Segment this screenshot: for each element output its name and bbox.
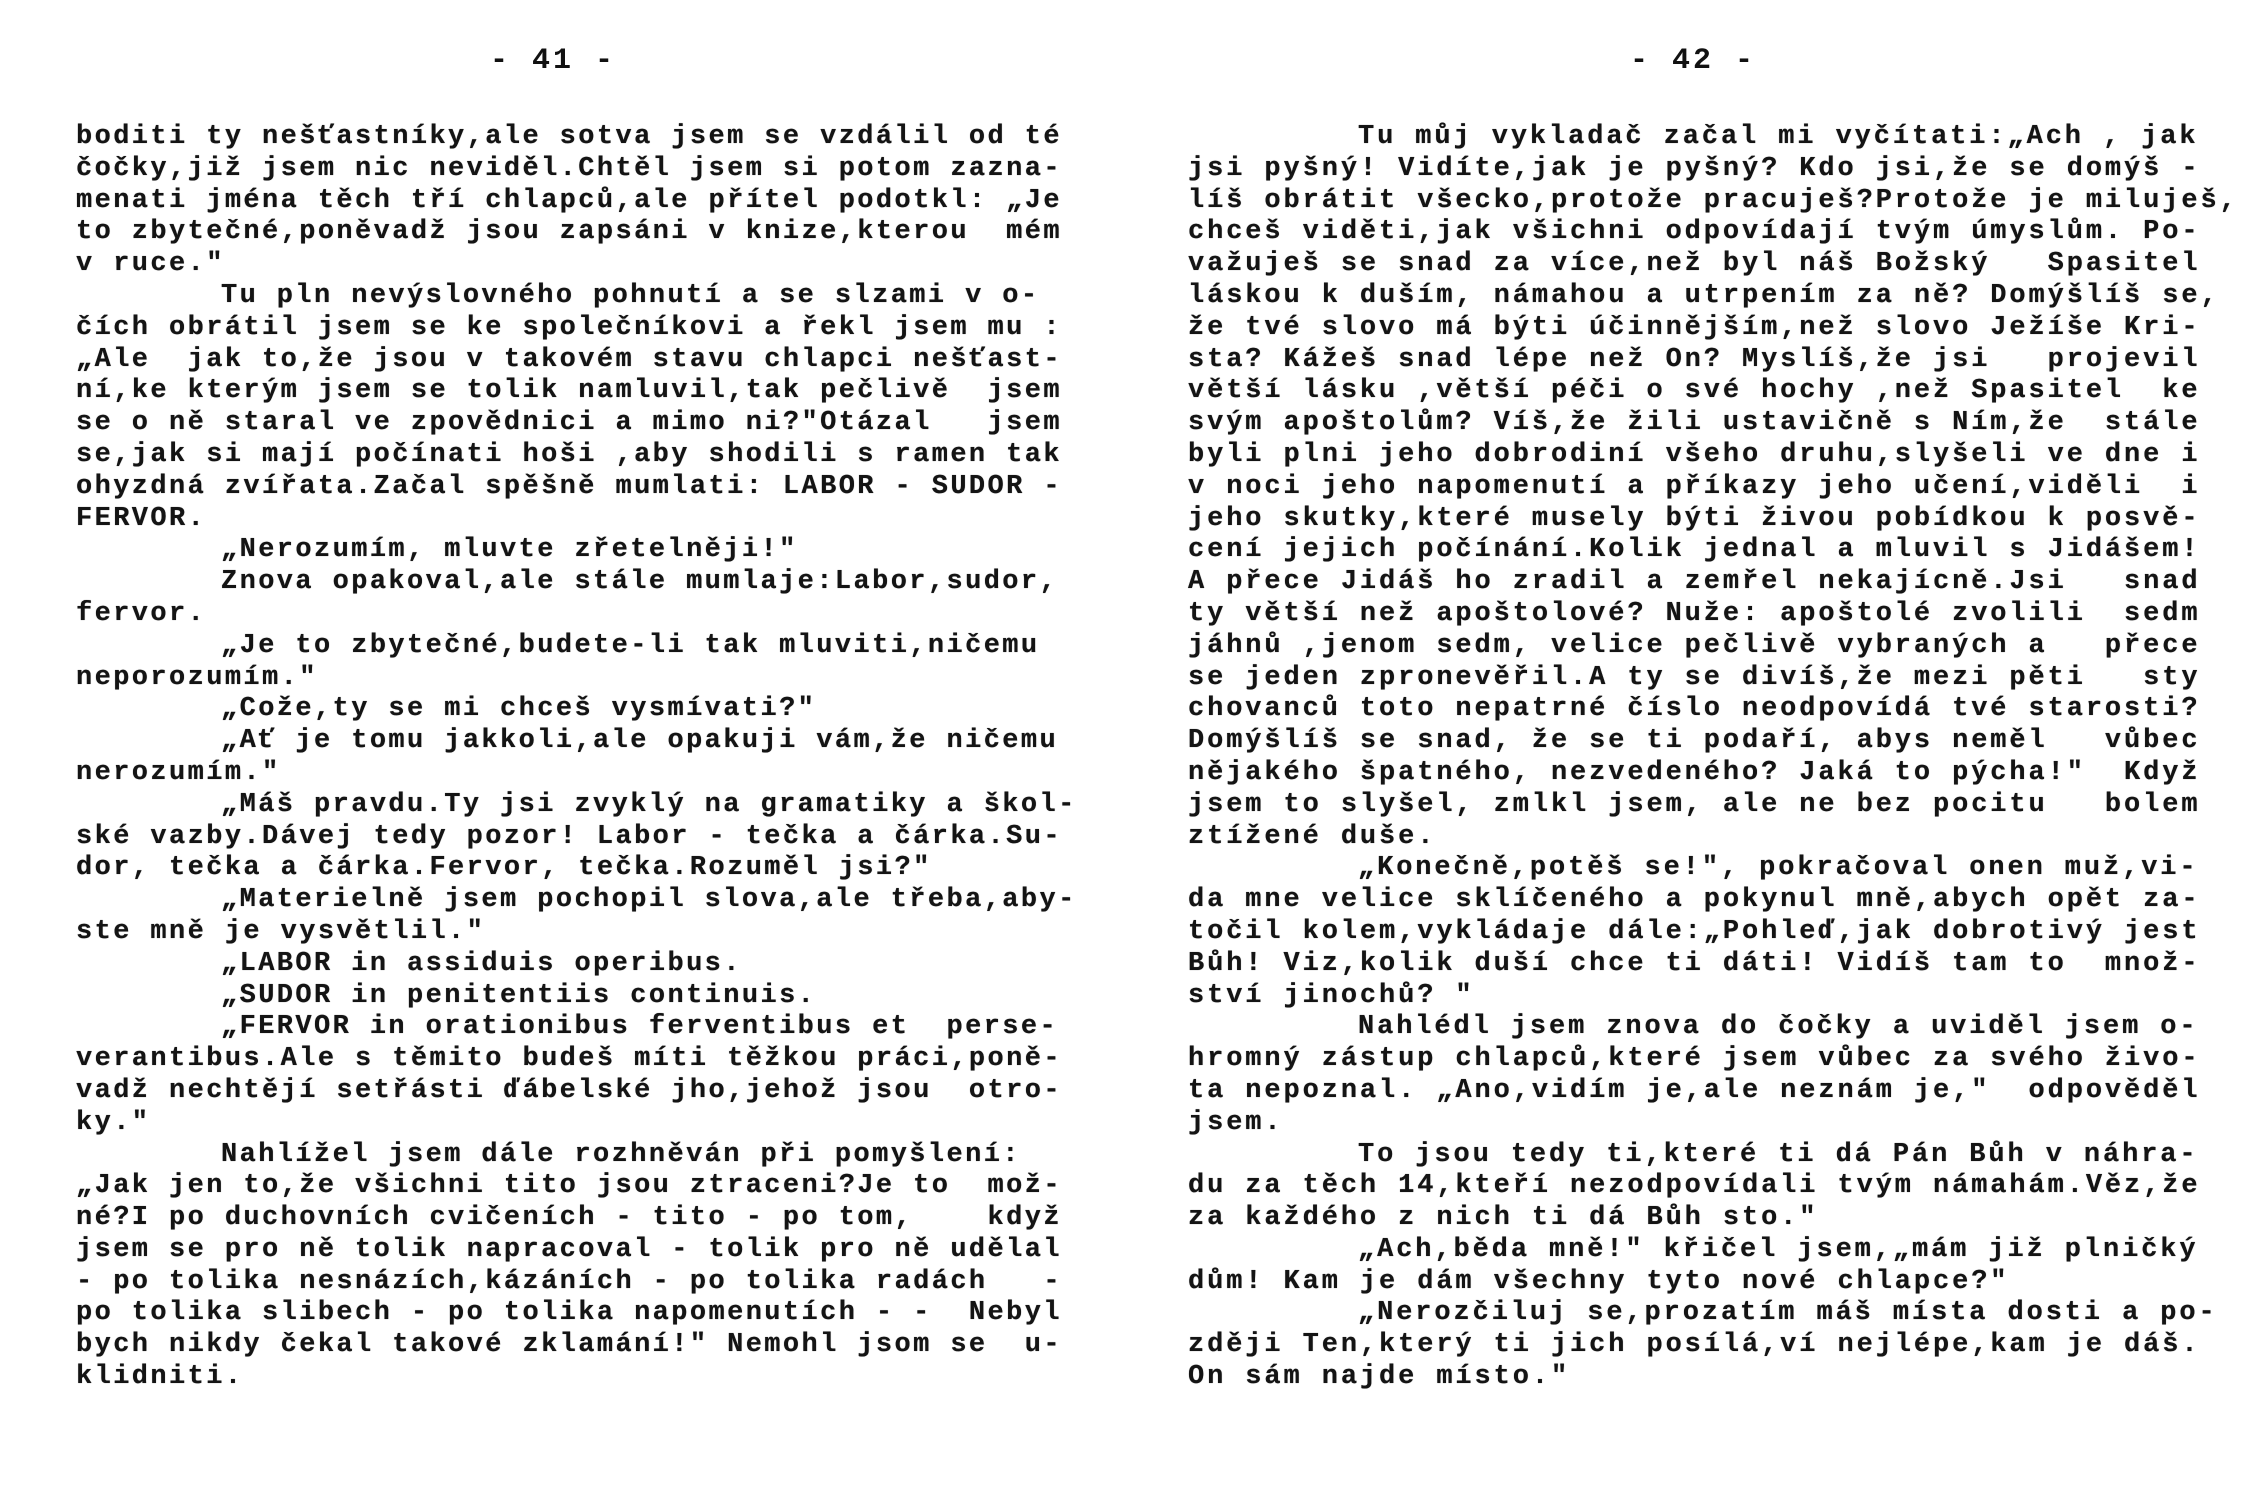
text-line: Tu pln nevýslovného pohnutí a se slzami … — [76, 281, 1077, 313]
text-line: dor, tečka a čárka.Fervor, tečka.Rozuměl… — [76, 853, 1077, 885]
text-line: že tvé slovo má býti účinnějším,než slov… — [1188, 313, 2239, 345]
text-line: „SUDOR in penitentiis continuis. — [76, 981, 1077, 1013]
text-line: to zbytečné,poněvadž jsou zapsáni v kniz… — [76, 217, 1077, 249]
text-line: jsem se pro ně tolik napracoval - tolik … — [76, 1235, 1077, 1267]
text-line: ste mně je vysvětlil." — [76, 917, 1077, 949]
text-line: „Jak jen to,že všichni tito jsou ztracen… — [76, 1171, 1077, 1203]
page-text: Tu můj vykladač začal mi vyčítati:„Ach ,… — [1188, 122, 2239, 1394]
text-line: „FERVOR in orationibus ferventibus et pe… — [76, 1012, 1077, 1044]
text-line: po tolika slibech - po tolika napomenutí… — [76, 1298, 1077, 1330]
text-line: On sám najde místo." — [1188, 1362, 2239, 1394]
text-line: bych nikdy čekal takové zklamání!" Nemoh… — [76, 1330, 1077, 1362]
text-line: hromný zástup chlapců,které jsem vůbec z… — [1188, 1044, 2239, 1076]
text-line: A přece Jidáš ho zradil a zemřel nekajíc… — [1188, 567, 2239, 599]
text-line: ohyzdná zvířata.Začal spěšně mumlati: LA… — [76, 472, 1077, 504]
text-line: menati jména těch tří chlapců,ale přítel… — [76, 186, 1077, 218]
text-line: boditi ty nešťastníky,ale sotva jsem se … — [76, 122, 1077, 154]
text-line: „Máš pravdu.Ty jsi zvyklý na gramatiky a… — [76, 790, 1077, 822]
text-line: da mne velice sklíčeného a pokynul mně,a… — [1188, 885, 2239, 917]
page-left: - 41 - boditi ty nešťastníky,ale sotva j… — [0, 0, 1130, 1500]
text-line: jsem to slyšel, zmlkl jsem, ale ne bez p… — [1188, 790, 2239, 822]
text-line: líš obrátit všecko,protože pracuješ?Prot… — [1188, 186, 2239, 218]
text-line: - po tolika nesnázích,kázáních - po toli… — [76, 1267, 1077, 1299]
text-line: ztížené duše. — [1188, 822, 2239, 854]
text-line: za každého z nich ti dá Bůh sto." — [1188, 1203, 2239, 1235]
book-spread: - 41 - boditi ty nešťastníky,ale sotva j… — [0, 0, 2260, 1500]
text-line: točil kolem,vykládaje dále:„Pohleď,jak d… — [1188, 917, 2239, 949]
text-line: větší lásku ,větší péči o své hochy ,než… — [1188, 376, 2239, 408]
text-line: se,jak si mají počínati hoši ,aby shodil… — [76, 440, 1077, 472]
text-line: „LABOR in assiduis operibus. — [76, 949, 1077, 981]
text-line: jsi pyšný! Vidíte,jak je pyšný? Kdo jsi,… — [1188, 154, 2239, 186]
text-line: se o ně staral ve zpovědnici a mimo ni?"… — [76, 408, 1077, 440]
text-line: nějakého špatného, nezvedeného? Jaká to … — [1188, 758, 2239, 790]
text-line: né?I po duchovních cvičeních - tito - po… — [76, 1203, 1077, 1235]
text-line: Nahlédl jsem znova do čočky a uviděl jse… — [1188, 1012, 2239, 1044]
text-line: „Ach,běda mně!" křičel jsem,„mám již pln… — [1188, 1235, 2239, 1267]
text-line: du za těch 14,kteří nezodpovídali tvým n… — [1188, 1171, 2239, 1203]
text-line: fervor. — [76, 599, 1077, 631]
page-text: boditi ty nešťastníky,ale sotva jsem se … — [76, 122, 1077, 1394]
text-line: jsem. — [1188, 1108, 2239, 1140]
text-line: „Nerozčiluj se,prozatím máš místa dosti … — [1188, 1298, 2239, 1330]
text-line: jáhnů ,jenom sedm, velice pečlivě vybran… — [1188, 631, 2239, 663]
text-line: cení jejich počínání.Kolik jednal a mluv… — [1188, 535, 2239, 567]
text-line: ské vazby.Dávej tedy pozor! Labor - tečk… — [76, 822, 1077, 854]
text-line: „Cože,ty se mi chceš vysmívati?" — [76, 694, 1077, 726]
text-line: „Ale jak to,že jsou v takovém stavu chla… — [76, 345, 1077, 377]
text-line: Tu můj vykladač začal mi vyčítati:„Ach ,… — [1188, 122, 2239, 154]
text-line: Znova opakoval,ale stále mumlaje:Labor,s… — [76, 567, 1077, 599]
text-line: ní,ke kterým jsem se tolik namluvil,tak … — [76, 376, 1077, 408]
text-line: važuješ se snad za více,než byl náš Božs… — [1188, 249, 2239, 281]
text-line: Nahlížel jsem dále rozhněván při pomyšle… — [76, 1140, 1077, 1172]
text-line: zději Ten,který ti jich posílá,ví nejlép… — [1188, 1330, 2239, 1362]
text-line: „Konečně,potěš se!", pokračoval onen muž… — [1188, 853, 2239, 885]
page-number: - 42 - — [1630, 44, 1756, 78]
text-line: „Materielně jsem pochopil slova,ale třeb… — [76, 885, 1077, 917]
text-line: neporozumím." — [76, 663, 1077, 695]
text-line: v ruce." — [76, 249, 1077, 281]
text-line: ství jinochů? " — [1188, 981, 2239, 1013]
text-line: čích obrátil jsem se ke společníkovi a ř… — [76, 313, 1077, 345]
text-line: jeho skutky,které musely býti živou pobí… — [1188, 504, 2239, 536]
text-line: sta? Kážeš snad lépe než On? Myslíš,že j… — [1188, 345, 2239, 377]
text-line: láskou k duším, námahou a utrpením za ně… — [1188, 281, 2239, 313]
text-line: klidniti. — [76, 1362, 1077, 1394]
text-line: v noci jeho napomenutí a příkazy jeho uč… — [1188, 472, 2239, 504]
text-line: „Nerozumím, mluvte zřetelněji!" — [76, 535, 1077, 567]
text-line: čočky,již jsem nic neviděl.Chtěl jsem si… — [76, 154, 1077, 186]
text-line: FERVOR. — [76, 504, 1077, 536]
text-line: svým apoštolům? Víš,že žili ustavičně s … — [1188, 408, 2239, 440]
text-line: chovanců toto nepatrné číslo neodpovídá … — [1188, 694, 2239, 726]
page-number: - 41 - — [490, 44, 616, 78]
text-line: „Je to zbytečné,budete-li tak mluviti,ni… — [76, 631, 1077, 663]
text-line: byli plni jeho dobrodiní všeho druhu,sly… — [1188, 440, 2239, 472]
text-line: Bůh! Viz,kolik duší chce ti dáti! Vidíš … — [1188, 949, 2239, 981]
text-line: Domýšlíš se snad, že se ti podaří, abys … — [1188, 726, 2239, 758]
text-line: verantibus.Ale s těmito budeš míti těžko… — [76, 1044, 1077, 1076]
text-line: dům! Kam je dám všechny tyto nové chlapc… — [1188, 1267, 2239, 1299]
text-line: ta nepoznal. „Ano,vidím je,ale neznám je… — [1188, 1076, 2239, 1108]
page-right: - 42 - Tu můj vykladač začal mi vyčítati… — [1130, 0, 2260, 1500]
text-line: nerozumím." — [76, 758, 1077, 790]
text-line: se jeden zpronevěřil.A ty se divíš,že me… — [1188, 663, 2239, 695]
text-line: vadž nechtějí setřásti ďábelské jho,jeho… — [76, 1076, 1077, 1108]
text-line: „Ať je tomu jakkoli,ale opakuji vám,že n… — [76, 726, 1077, 758]
text-line: To jsou tedy ti,které ti dá Pán Bůh v ná… — [1188, 1140, 2239, 1172]
text-line: ky." — [76, 1108, 1077, 1140]
text-line: chceš viděti,jak všichni odpovídají tvým… — [1188, 217, 2239, 249]
text-line: ty větší než apoštolové? Nuže: apoštolé … — [1188, 599, 2239, 631]
